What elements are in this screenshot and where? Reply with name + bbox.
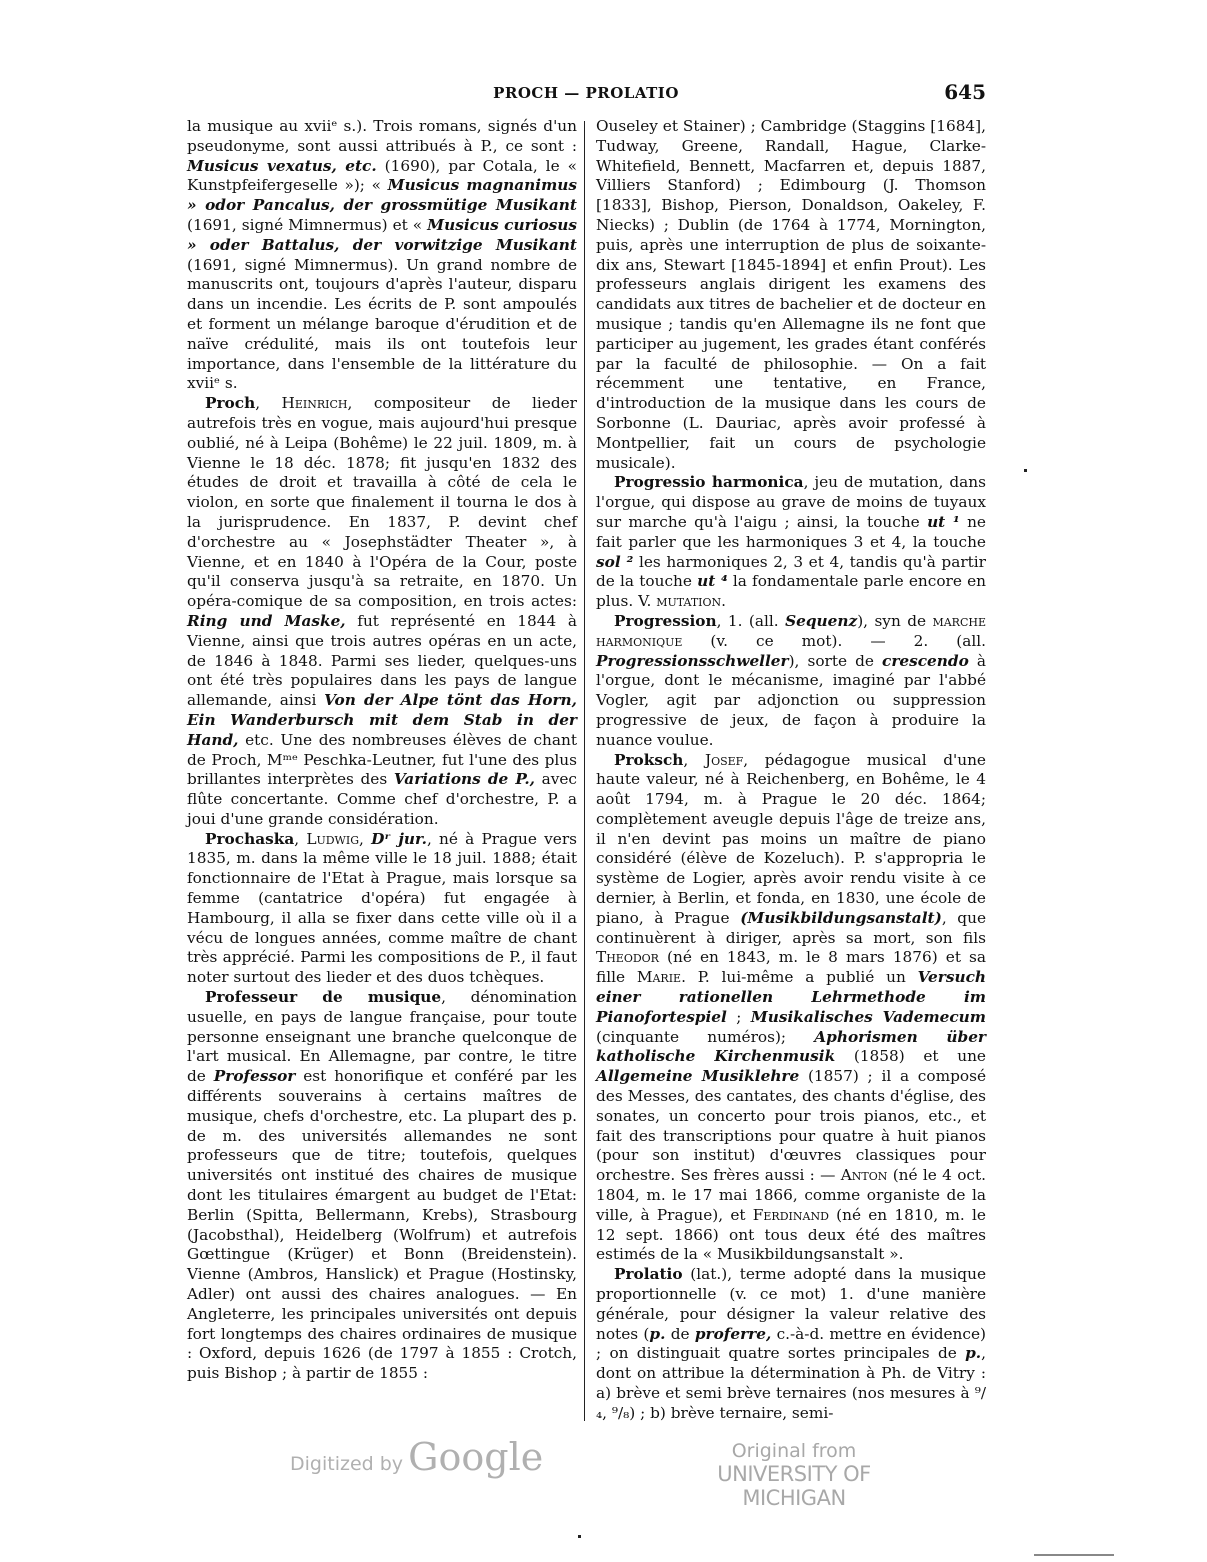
scan-speck (578, 1535, 581, 1538)
entry-headword: Proch (205, 394, 255, 412)
entry-headword: Prochaska (205, 830, 294, 848)
google-logo: Google (408, 1435, 543, 1479)
scan-speck (1024, 469, 1027, 472)
scan-edge-line (1034, 1554, 1114, 1556)
column-rule (584, 121, 585, 1421)
right-column: Ouseley et Stainer) ; Cambridge (Staggin… (596, 117, 986, 1424)
original-from-watermark: Original from UNIVERSITY OF MICHIGAN (664, 1440, 924, 1510)
page-header: PROCH — PROLATIO 645 (186, 80, 986, 110)
entry-progression: Progression, 1. (all. Sequenz), syn de m… (596, 612, 986, 751)
entry-headword: Progression (614, 612, 717, 630)
entry-proksch: Proksch, Josef, pédagogue musical d'une … (596, 751, 986, 1266)
page-number: 645 (944, 80, 986, 104)
running-head: PROCH — PROLATIO (186, 84, 986, 102)
entry-headword: Prolatio (614, 1265, 683, 1283)
left-column: la musique au xviiᵉ s.). Trois romans, s… (187, 117, 577, 1384)
entry-headword: Professeur de musique (205, 988, 441, 1006)
entry-headword: Proksch (614, 751, 683, 769)
entry-progressio-harmonica: Progressio harmonica, jeu de mutation, d… (596, 473, 986, 612)
entry-headword: Progressio harmonica (614, 473, 804, 491)
entry-proch: Proch, Heinrich, compositeur de lieder a… (187, 394, 577, 830)
entry-continuation: Ouseley et Stainer) ; Cambridge (Staggin… (596, 117, 986, 473)
entry-prochaska: Prochaska, Ludwig, Dʳ jur., né à Prague … (187, 830, 577, 988)
entry-prolatio: Prolatio (lat.), terme adopté dans la mu… (596, 1265, 986, 1423)
entry-continuation: la musique au xviiᵉ s.). Trois romans, s… (187, 117, 577, 394)
digitized-by-google-watermark: Digitized by Google (290, 1435, 543, 1479)
entry-professeur-de-musique: Professeur de musique, dénomination usue… (187, 988, 577, 1384)
